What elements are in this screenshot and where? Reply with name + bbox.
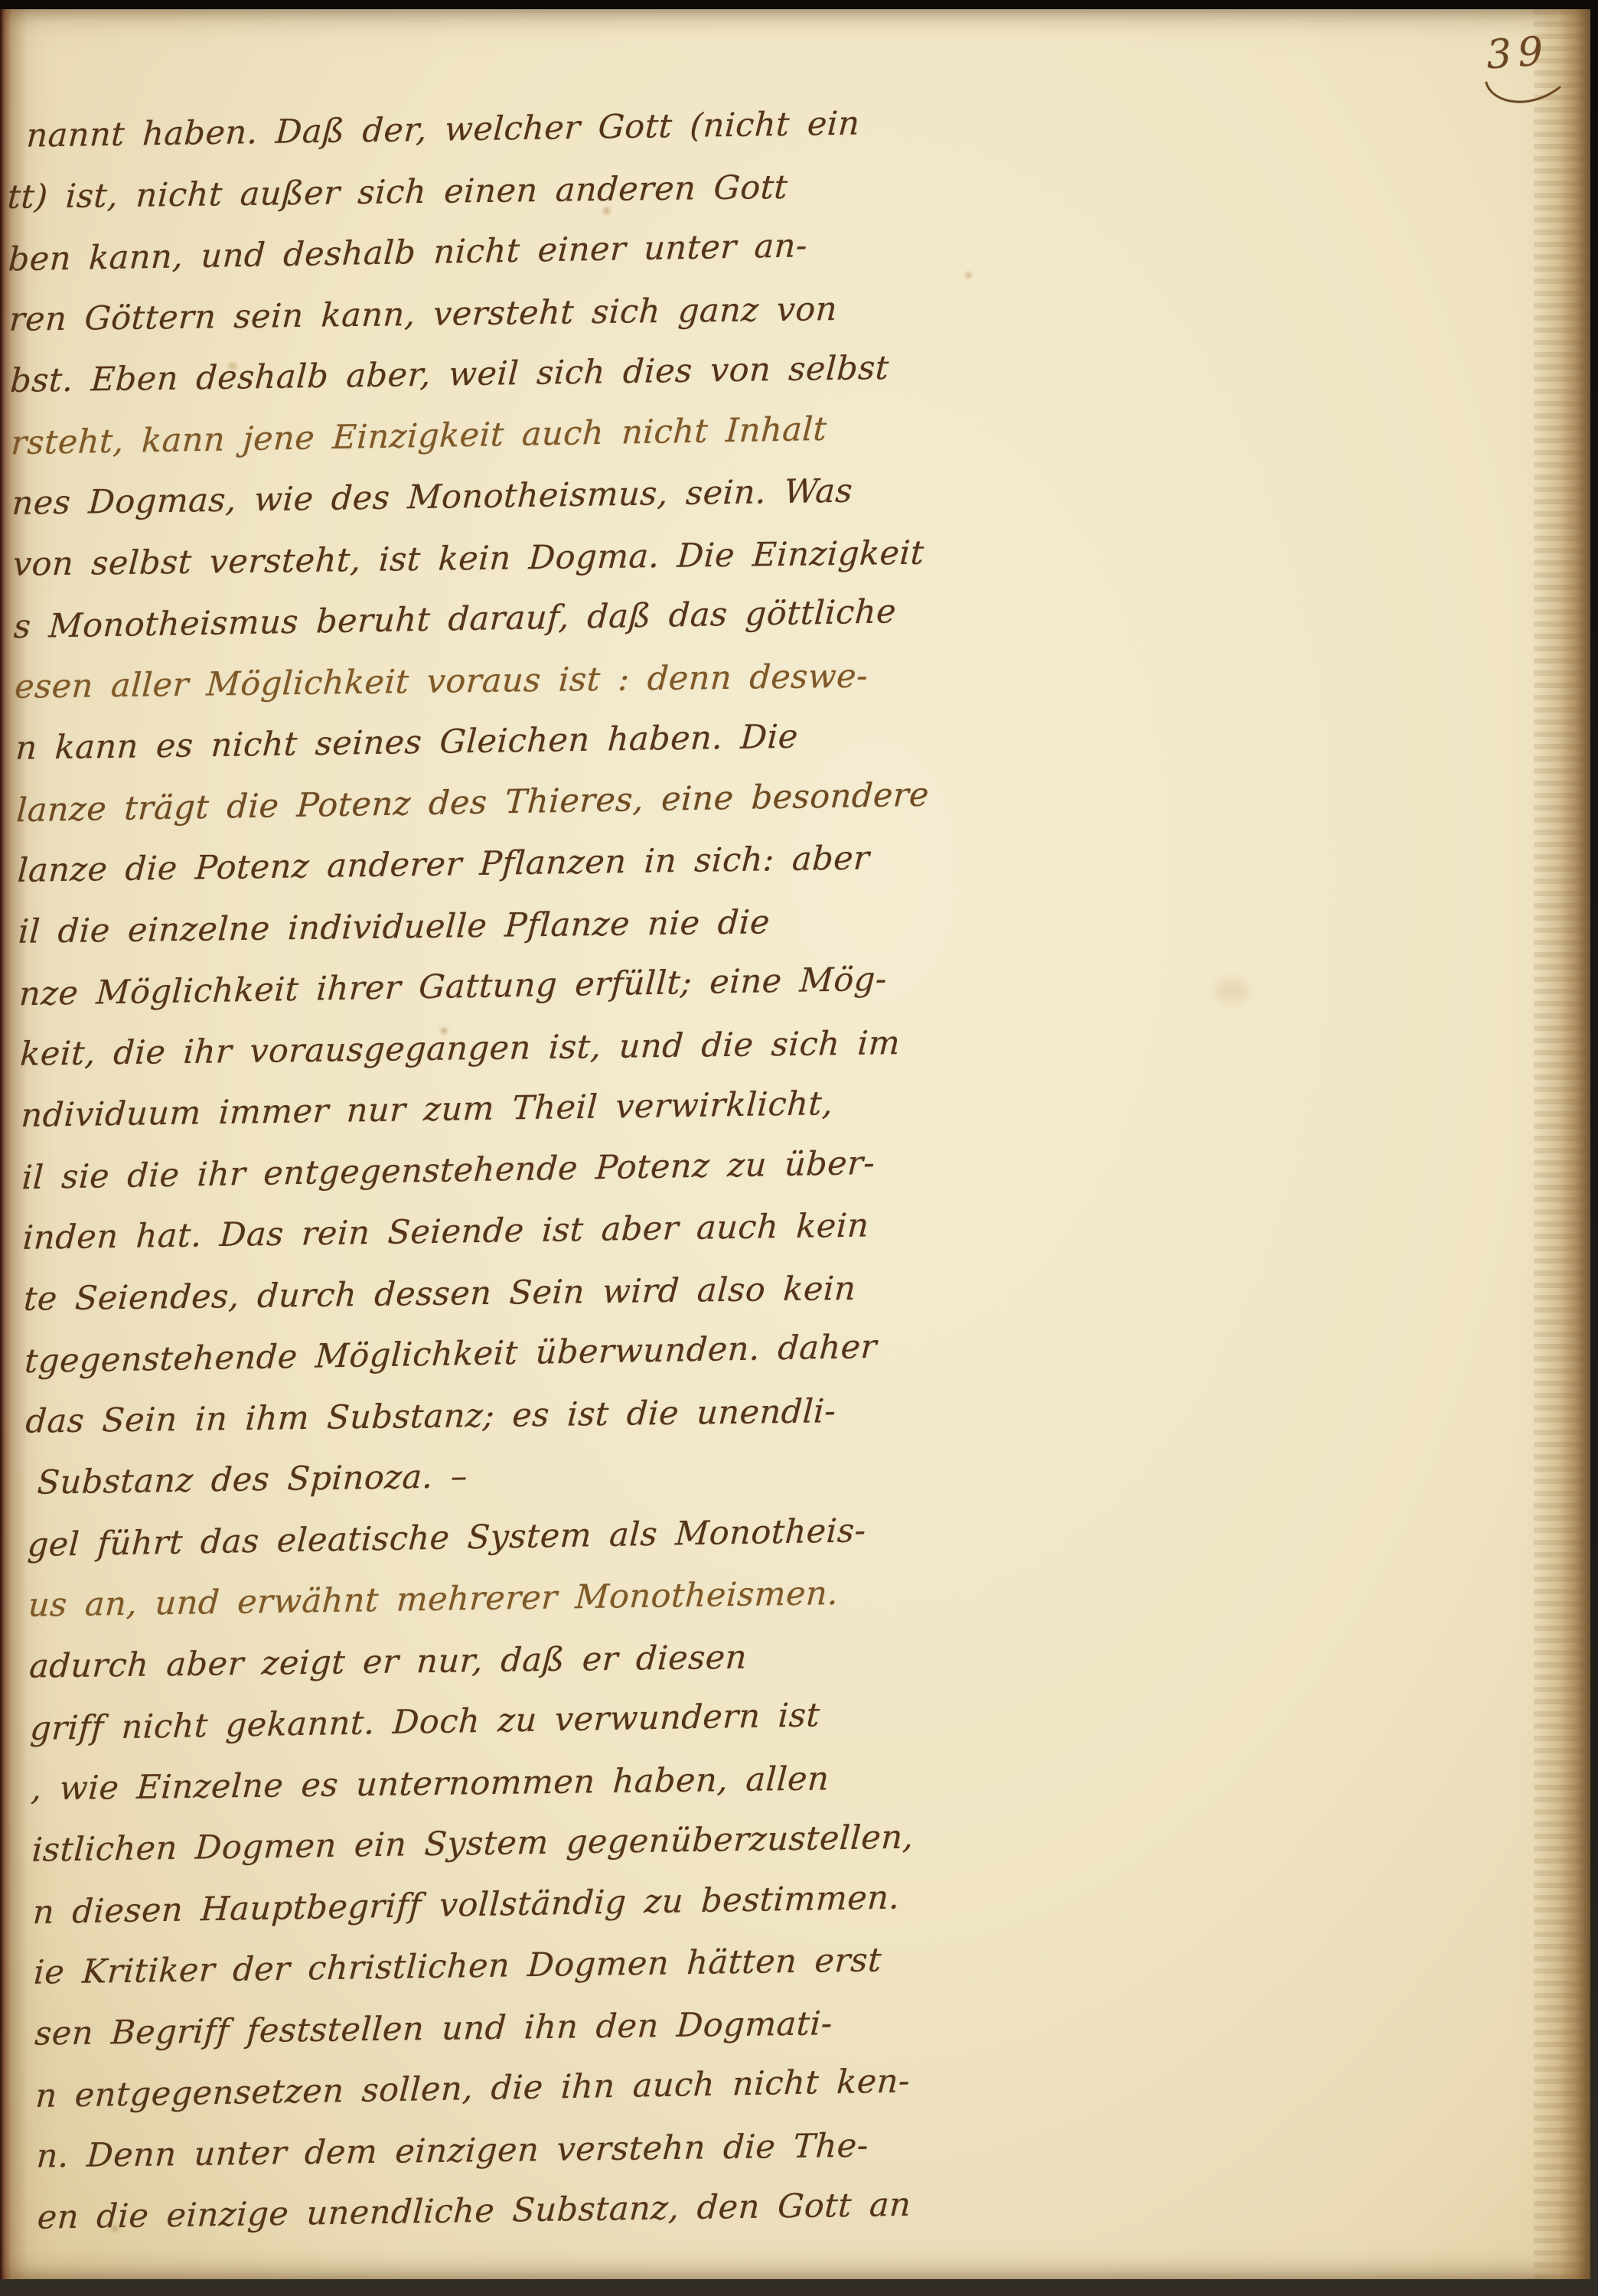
handwritten-line: lanze die Potenz anderer Pflanzen in sic… <box>16 828 853 902</box>
handwritten-line: nannt haben. Daß der, welcher Gott (nich… <box>24 93 842 167</box>
page-number-flourish-icon <box>1482 77 1574 112</box>
page-right-deckle-edge <box>1534 9 1590 2279</box>
handwritten-line: nes Dogmas, wie des Monotheismus, sein. … <box>11 461 848 534</box>
handwritten-line: en die einzige unendliche Substanz, den … <box>36 2174 873 2248</box>
stain-spot <box>1214 980 1249 1003</box>
page-number-value: 39 <box>1485 26 1587 79</box>
handwritten-text-block: nannt haben. Daß der, welcher Gott (nich… <box>6 93 872 2249</box>
foxing-spot <box>966 272 971 278</box>
handwritten-line: inden hat. Das rein Seiende ist aber auc… <box>21 1195 859 1269</box>
handwritten-line: ie Kritiker der christlichen Dogmen hätt… <box>32 1930 869 2004</box>
handwritten-line: us an, und erwähnt mehrerer Monotheismen… <box>27 1563 864 1636</box>
page-number: 39 <box>1486 29 1586 121</box>
manuscript-page: 39 nannt haben. Daß der, welcher Gott (n… <box>0 9 1590 2279</box>
